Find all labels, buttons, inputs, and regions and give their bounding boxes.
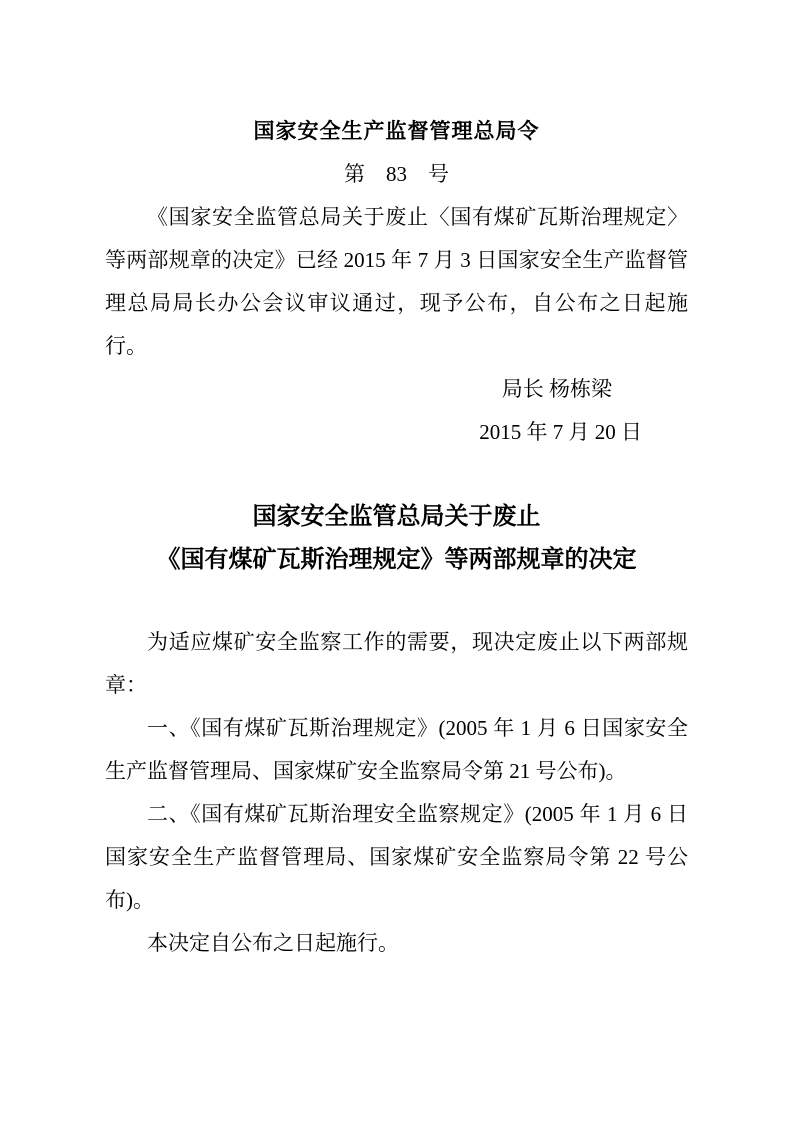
order-body-paragraph: 《国家安全监管总局关于废止〈国有煤矿瓦斯治理规定〉等两部规章的决定》已经 201…	[105, 196, 688, 368]
decision-paragraph: 一、《国有煤矿瓦斯治理规定》(2005 年 1 月 6 日国家安全生产监督管理局…	[105, 707, 688, 793]
decision-body: 为适应煤矿安全监察工作的需要，现决定废止以下两部规章： 一、《国有煤矿瓦斯治理规…	[105, 621, 688, 965]
document-content: 国家安全生产监督管理总局令 第 83 号 《国家安全监管总局关于废止〈国有煤矿瓦…	[0, 0, 793, 965]
order-title: 国家安全生产监督管理总局令	[105, 110, 688, 153]
decision-paragraph: 二、《国有煤矿瓦斯治理安全监察规定》(2005 年 1 月 6 日国家安全生产监…	[105, 793, 688, 922]
decision-paragraph: 本决定自公布之日起施行。	[105, 922, 688, 965]
signer-line: 局长 杨栋梁	[105, 368, 688, 411]
decision-title-line2: 《国有煤矿瓦斯治理规定》等两部规章的决定	[105, 539, 688, 582]
document-page: 国家安全生产监督管理总局令 第 83 号 《国家安全监管总局关于废止〈国有煤矿瓦…	[0, 0, 793, 1122]
decision-title: 国家安全监管总局关于废止 《国有煤矿瓦斯治理规定》等两部规章的决定	[105, 496, 688, 582]
order-number-line: 第 83 号	[105, 153, 688, 196]
date-line: 2015 年 7 月 20 日	[105, 411, 688, 454]
decision-title-line1: 国家安全监管总局关于废止	[105, 496, 688, 539]
decision-paragraph: 为适应煤矿安全监察工作的需要，现决定废止以下两部规章：	[105, 621, 688, 707]
